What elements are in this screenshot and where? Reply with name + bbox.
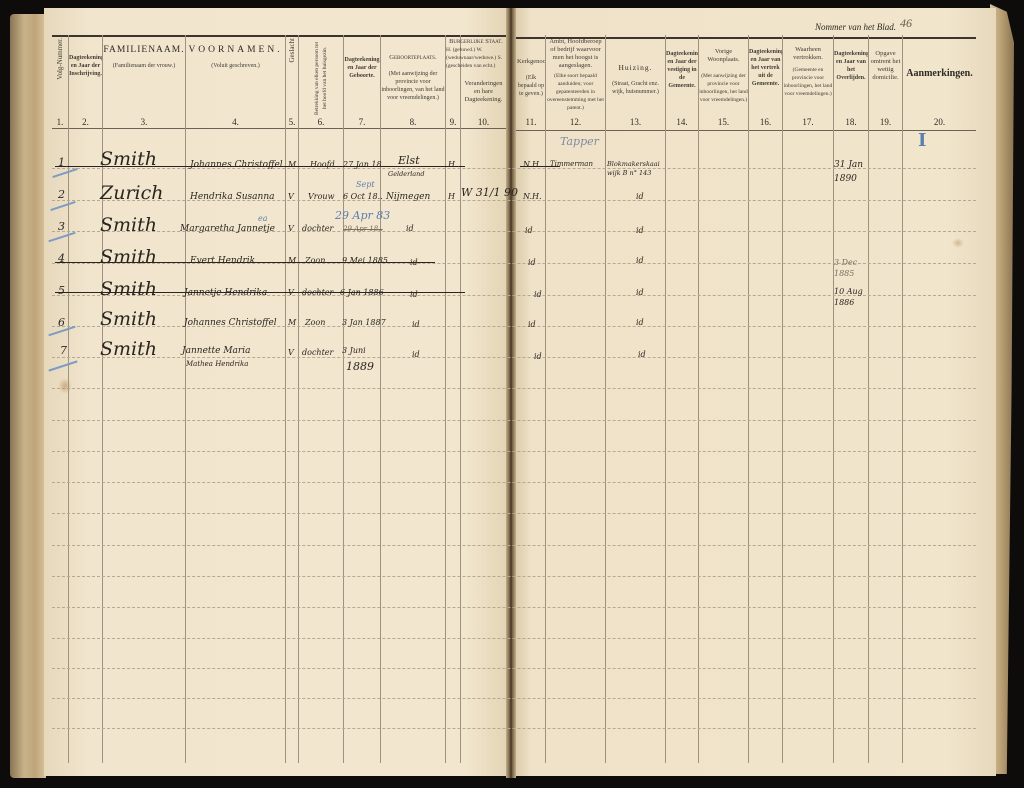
entry-2-kerk: N.H. — [523, 192, 542, 201]
column-number: 10. — [461, 117, 506, 127]
entry-6-familienaam: Smith — [100, 308, 157, 330]
entry-2-staat: H — [448, 192, 455, 201]
entry-1-strikethrough — [55, 166, 465, 167]
column-divider — [102, 35, 103, 763]
entry-2-geboorteplaats: Nijmegen — [386, 192, 430, 202]
entry-7-volg: 7 — [60, 344, 67, 357]
entry-4-geslacht: M — [288, 256, 296, 265]
column-number: 4. — [186, 117, 285, 127]
column-divider — [460, 35, 461, 763]
entry-4-geboorte: 9 Mei 1885 — [342, 256, 388, 265]
entry-5-voornamen: Jannetje Hendrika — [184, 288, 267, 298]
column-number: 12. — [546, 117, 605, 127]
entry-1-betrekking: Hoofd — [310, 160, 335, 169]
column-header-15: Vorige Woonplaats. (Met aanwijzing der p… — [699, 38, 748, 118]
entry-2-geboorte: 6 Oct 18.. — [343, 192, 383, 201]
column-number: 19. — [869, 117, 902, 127]
entry-7-geboorteplaats: id — [412, 350, 420, 359]
entry-2-huizing: id — [636, 192, 644, 201]
entry-6-geslacht: M — [288, 318, 296, 327]
entry-6-geboorte: 3 Jan 1887 — [342, 318, 386, 327]
entry-7-voornamen: Jannette Maria — [182, 346, 250, 356]
entry-6-volg: 6 — [58, 316, 65, 329]
column-divider — [68, 35, 69, 763]
column-header-7: Dagteekening en Jaar der Geboorte. — [344, 38, 380, 118]
entry-7-betrekking: dochter — [302, 348, 333, 357]
column-number: 9. — [446, 117, 460, 127]
column-number: 6. — [299, 117, 343, 127]
column-header-14: Dagteekening en Jaar der vestiging in de… — [666, 38, 698, 118]
entry-1-geslacht: M — [288, 160, 296, 169]
ruled-line — [52, 420, 976, 421]
header-top-rule-left — [52, 35, 506, 37]
column-number: 20. — [903, 117, 976, 127]
column-divider — [343, 35, 344, 763]
column-divider — [605, 35, 606, 763]
entry-7-voornamen-line2: Mathea Hendrika — [186, 360, 248, 368]
entry-3-betrekking: dochter — [302, 224, 333, 233]
entry-4-volg: 4 — [58, 252, 65, 265]
ruled-line — [52, 728, 976, 729]
column-divider — [545, 35, 546, 763]
book-gutter — [506, 8, 516, 778]
entry-2-geboorte-note: Sept — [356, 180, 375, 189]
page-number-label: Nommer van het Blad. — [815, 22, 896, 32]
entry-7-familienaam: Smith — [100, 338, 157, 360]
column-divider — [698, 35, 699, 763]
entry-3-voornamen: Margaretha Jannetje — [180, 224, 275, 234]
entry-6-kerk: id — [528, 320, 536, 329]
column-divider — [380, 35, 381, 763]
column-header-3: FAMILIENAAM. (Familienaam der vrouw.) — [103, 38, 185, 118]
entry-4-overlijden: 3 Dec 1885 — [834, 257, 864, 279]
column-header-18: Dagteekening en Jaar van het Overlijden. — [834, 38, 868, 118]
entry-2-familienaam: Zurich — [100, 182, 163, 204]
entry-5-overlijden: 10 Aug 1886 — [834, 286, 864, 308]
column-header-8: Geboorteplaats. (Met aanwijzing der prov… — [381, 38, 445, 118]
entry-3-geboorte-note: 29 Apr 83 — [335, 209, 390, 222]
entry-1-volg: 1 — [58, 156, 65, 169]
column-header-19: Opgave omtrent het wettig domicilie. — [869, 38, 902, 118]
column-header-17: Waarheen vertrokken. (Gemeente en provin… — [783, 38, 833, 118]
entry-5-strikethrough — [55, 292, 465, 293]
entry-4-huizing: id — [636, 256, 644, 265]
column-header-12: Ambt, Hoofdberoep of bedrijf waarvoor me… — [546, 38, 605, 118]
entry-5-kerk: id — [534, 290, 542, 299]
entry-6-geboorteplaats: id — [412, 320, 420, 329]
column-divider — [185, 35, 186, 763]
ruled-line — [52, 388, 976, 389]
entry-1-strikethrough — [520, 166, 560, 167]
column-number: 16. — [749, 117, 782, 127]
column-divider — [833, 35, 834, 763]
column-header-4: VOORNAMEN. (Voluit geschreven.) — [186, 38, 285, 118]
register-book: Nommer van het Blad. 46 Volg-Nummer. Dag… — [0, 0, 1024, 788]
entry-1-overlijden: 31 Jan 1890 — [834, 158, 864, 186]
entry-6-huizing: id — [636, 318, 644, 327]
entry-3-geboorte: 29 Apr 18.. — [343, 225, 383, 233]
entry-4-strikethrough — [55, 262, 435, 263]
column-divider — [782, 35, 783, 763]
column-number: 5. — [286, 117, 298, 127]
column-divider — [285, 35, 286, 763]
column-divider — [445, 35, 446, 763]
entry-1-geboorteplaats-note: Gelderland — [388, 170, 425, 178]
entry-5-huizing: id — [636, 288, 644, 297]
ruled-line — [52, 576, 976, 577]
entry-2-veranderingen: W 31/1 90 — [461, 186, 518, 199]
column-number: 1. — [52, 117, 68, 127]
entry-3-voornamen-note: ea — [258, 214, 268, 223]
column-header-16: Dagteekening en Jaar van het vertrek uit… — [749, 38, 782, 118]
column-number: 13. — [606, 117, 665, 127]
column-header-6: Betrekking van elken persoon tot het hoo… — [299, 38, 343, 118]
column-number: 14. — [666, 117, 698, 127]
column-number: 11. — [517, 117, 545, 127]
column-divider — [868, 35, 869, 763]
entry-2-volg: 2 — [58, 188, 65, 201]
entry-7-huizing: id — [638, 350, 646, 359]
entry-7-geboorte: 3 Juni — [342, 346, 366, 355]
entry-6-voornamen: Johannes Christoffel — [184, 318, 277, 328]
ruled-line — [52, 513, 976, 514]
entry-4-voornamen: Evert Hendrik — [190, 256, 255, 266]
column-number: 3. — [103, 117, 185, 127]
header-bottom-rule-right — [516, 130, 976, 131]
entry-3-familienaam: Smith — [100, 214, 157, 236]
column-number: 8. — [381, 117, 445, 127]
ruled-line — [52, 607, 976, 608]
left-page-edges — [10, 14, 46, 778]
column-number: 7. — [344, 117, 380, 127]
paper-stain — [952, 238, 964, 248]
ruled-line — [52, 638, 976, 639]
column-number: 18. — [834, 117, 868, 127]
column-divider — [902, 35, 903, 763]
entry-1-voornamen: Johannes Christoffel — [190, 160, 283, 170]
entry-7-geslacht: V — [288, 348, 294, 357]
paper-stain — [58, 378, 72, 394]
entry-6-betrekking: Zoon — [305, 318, 325, 327]
ruled-line — [52, 451, 976, 452]
column-header-2: Dagteekening en Jaar der Inschrijving. — [69, 38, 102, 118]
entry-2-betrekking: Vrouw — [308, 192, 334, 201]
ruled-line — [52, 545, 976, 546]
entry-3-geboorteplaats: id — [406, 224, 414, 233]
entry-1-kerk: N.H. — [523, 160, 542, 169]
entry-1-beroep-note: Tapper — [560, 135, 599, 148]
column-number: 15. — [699, 117, 748, 127]
column-divider — [665, 35, 666, 763]
column-divider — [748, 35, 749, 763]
entry-3-kerk: id — [525, 226, 533, 235]
ruled-line — [52, 482, 976, 483]
entry-2-voornamen: Hendrika Susanna — [190, 192, 275, 202]
ruled-line — [52, 698, 976, 699]
entry-3-volg: 3 — [58, 220, 65, 233]
entry-3-huizing: id — [636, 226, 644, 235]
entry-7-kerk: id — [534, 352, 542, 361]
entry-4-betrekking: Zoon — [305, 256, 325, 265]
entry-5-familienaam: Smith — [100, 278, 157, 300]
column-divider — [298, 35, 299, 763]
column-header-13: Huizing. (Straat, Gracht enz. wijk, huis… — [606, 38, 665, 118]
column-header-5: Geslacht — [286, 38, 298, 118]
header-bottom-rule-left — [52, 128, 506, 129]
column-header-9-10: Burgerlijke Staat. H. (gehuwd.) W. (wedu… — [446, 38, 506, 118]
ruled-line — [52, 668, 976, 669]
entry-1-huizing: Blokmakerskaai wijk B n° 143 — [607, 160, 665, 178]
column-number: 2. — [69, 117, 102, 127]
entry-1-staat: H — [448, 160, 455, 169]
entry-4-familienaam: Smith — [100, 246, 157, 268]
column-header-20: Aanmerkingen. — [903, 38, 976, 118]
entry-3-geslacht: V — [288, 224, 294, 233]
entry-7-geboorte-line2: 1889 — [346, 360, 374, 373]
column-number: 17. — [783, 117, 833, 127]
entry-1-geboorte: 27 Jan 18.. — [343, 160, 387, 169]
entry-2-geslacht: V — [288, 192, 294, 201]
entry-5-volg: 5 — [58, 284, 65, 297]
aanmerkingen-roman-numeral: I — [918, 130, 926, 151]
column-header-1: Volg-Nummer. — [52, 38, 68, 118]
ruled-line — [52, 357, 976, 358]
column-header-11: Kerkgenootschap. (Elk bepaald op te geve… — [517, 38, 545, 118]
entry-4-kerk: id — [528, 258, 536, 267]
page-number-value: 46 — [900, 16, 912, 31]
